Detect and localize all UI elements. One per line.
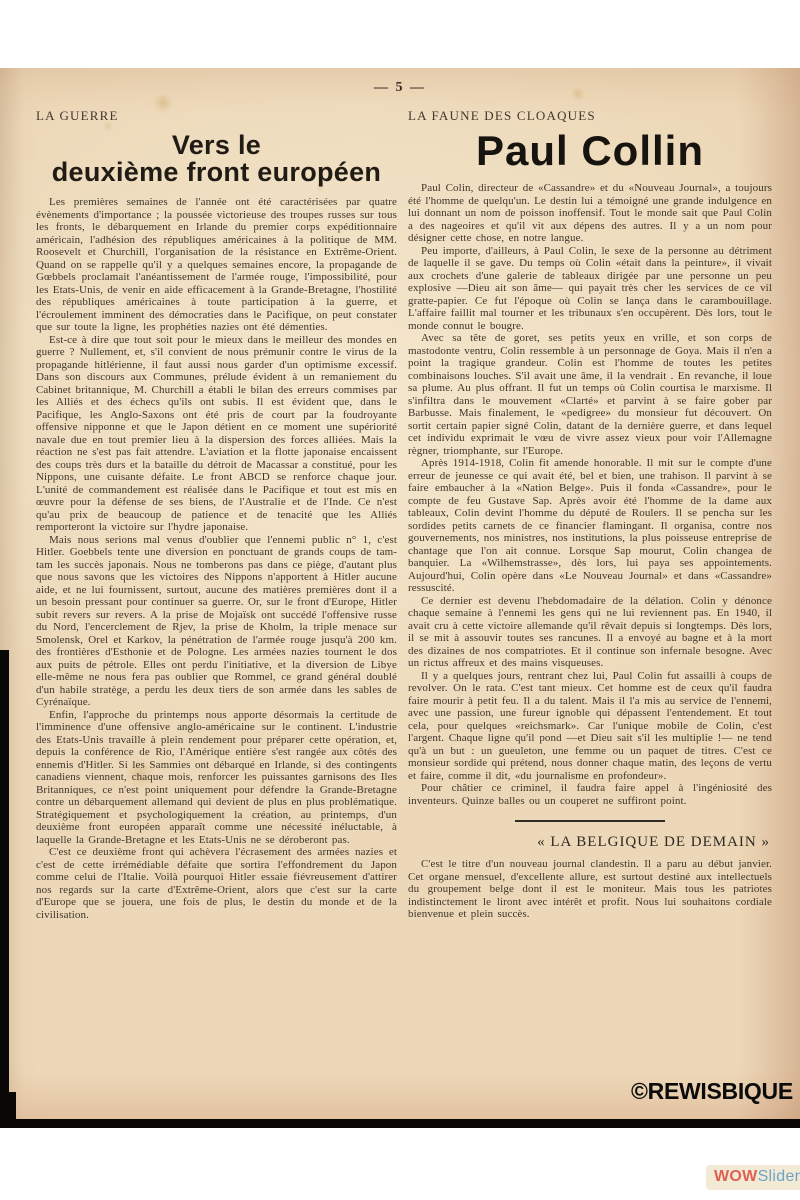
article-paragraph: Ce dernier est devenu l'hebdomadaire de … — [408, 595, 772, 670]
page-number: — 5 — — [0, 80, 800, 96]
rewisbique-watermark: ©REWISBIQUE — [631, 1078, 793, 1105]
newspaper-sheet: — 5 — LA GUERRE Vers le deuxième front e… — [0, 68, 800, 1120]
scan-black-edge-left — [0, 650, 9, 1128]
section-divider-rule — [515, 820, 665, 822]
article-paragraph: Les premières semaines de l'année ont ét… — [36, 196, 397, 334]
article-headline-deuxieme-front: Vers le deuxième front européen — [36, 132, 397, 186]
article-paragraph: Pour châtier ce criminel, il faudra fair… — [408, 782, 772, 807]
scan-black-edge-bottom — [0, 1119, 800, 1128]
article-paragraph: Mais nous serions mal venus d'oublier qu… — [36, 534, 397, 709]
scanned-page-canvas: — 5 — LA GUERRE Vers le deuxième front e… — [0, 0, 800, 1200]
wowslider-slider-text: Slider — [758, 1168, 800, 1185]
section-kicker-faune-des-cloaques: LA FAUNE DES CLOAQUES — [408, 108, 772, 124]
article-paragraph: Avec sa tête de goret, ses petits yeux e… — [408, 332, 772, 457]
article-paragraph: C'est ce deuxième front qui achèvera l'é… — [36, 846, 397, 921]
headline-line-2: deuxième front européen — [36, 159, 397, 186]
subsection-title-belgique-de-demain: « LA BELGIQUE DE DEMAIN » — [408, 834, 770, 851]
wowslider-wow-text: WOW — [714, 1168, 758, 1185]
article-paragraph: Est-ce à dire que tout soit pour le mieu… — [36, 334, 397, 534]
headline-line-1: Vers le — [36, 132, 397, 159]
wowslider-watermark-badge[interactable]: WOWSlider — [706, 1165, 800, 1190]
article-column-left: LA GUERRE Vers le deuxième front europée… — [36, 108, 397, 921]
article-paragraph: Après 1914-1918, Colin fit amende honora… — [408, 457, 772, 595]
article-paragraph: Enfin, l'approche du printemps nous appo… — [36, 709, 397, 847]
article-paragraph: Peu importe, d'ailleurs, à Paul Colin, l… — [408, 245, 772, 333]
article-column-right: LA FAUNE DES CLOAQUES Paul Collin Paul C… — [408, 108, 772, 921]
section-kicker-la-guerre: LA GUERRE — [36, 108, 397, 124]
article-paragraph: Paul Colin, directeur de «Cassandre» et … — [408, 182, 772, 245]
article-paragraph: Il y a quelques jours, rentrant chez lui… — [408, 670, 772, 783]
article-headline-paul-collin: Paul Collin — [408, 130, 772, 172]
article-paragraph: C'est le titre d'un nouveau journal clan… — [408, 858, 772, 921]
